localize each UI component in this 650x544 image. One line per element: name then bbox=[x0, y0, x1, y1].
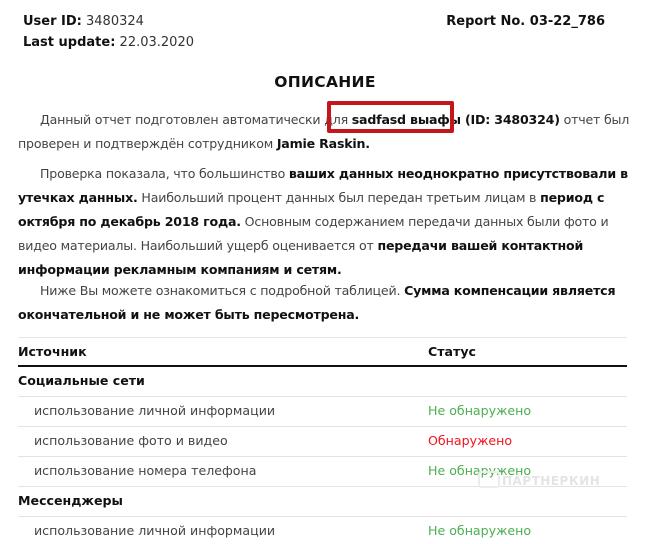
report-meta: User ID: 3480324 Last update: 22.03.2020 bbox=[23, 11, 194, 53]
source-cell: использование личной информации bbox=[34, 523, 275, 538]
intro-text: Данный отчет подготовлен автоматически д… bbox=[40, 112, 352, 127]
status-cell: Обнаружено bbox=[428, 433, 512, 448]
column-header-source: Источник bbox=[18, 344, 87, 359]
report-page: User ID: 3480324 Last update: 22.03.2020… bbox=[0, 0, 650, 544]
findings-text: Наибольший процент данных был передан тр… bbox=[138, 190, 540, 205]
last-update-line: Last update: 22.03.2020 bbox=[23, 32, 194, 53]
column-header-status: Статус bbox=[428, 344, 476, 359]
user-id-value: 3480324 bbox=[86, 14, 144, 29]
status-table: Источник Статус Социальные сетииспользов… bbox=[18, 337, 627, 544]
table-row: использование фото и видеоОбнаружено bbox=[18, 427, 627, 457]
status-cell: Не обнаружено bbox=[428, 523, 531, 538]
report-number: Report No. 03-22_786 bbox=[446, 11, 605, 32]
table-group-row: Мессенджеры bbox=[18, 487, 627, 517]
table-body: Социальные сетииспользование личной инфо… bbox=[18, 367, 627, 544]
group-label: Мессенджеры bbox=[18, 493, 123, 508]
user-id-line: User ID: 3480324 bbox=[23, 11, 194, 32]
source-cell: использование фото и видео bbox=[34, 433, 228, 448]
intro-paragraph: Данный отчет подготовлен автоматически д… bbox=[18, 108, 630, 156]
findings-paragraph: Проверка показала, что большинство ваших… bbox=[18, 162, 630, 282]
last-update-label: Last update: bbox=[23, 35, 115, 50]
compensation-paragraph: Ниже Вы можете ознакомиться с подробной … bbox=[18, 279, 630, 327]
compensation-text: Ниже Вы можете ознакомиться с подробной … bbox=[40, 283, 404, 298]
table-row: использование личной информацииНе обнару… bbox=[18, 397, 627, 427]
source-cell: использование личной информации bbox=[34, 403, 275, 418]
status-cell: Не обнаружено bbox=[428, 403, 531, 418]
user-id-label: User ID: bbox=[23, 14, 82, 29]
table-header: Источник Статус bbox=[18, 337, 627, 367]
last-update-value: 22.03.2020 bbox=[120, 35, 194, 50]
highlight-annotation-box bbox=[327, 101, 454, 133]
employee-name: Jamie Raskin. bbox=[277, 136, 370, 151]
section-title: ОПИСАНИЕ bbox=[0, 73, 650, 91]
source-cell: использование номера телефона bbox=[34, 463, 256, 478]
table-group-row: Социальные сети bbox=[18, 367, 627, 397]
group-label: Социальные сети bbox=[18, 373, 145, 388]
findings-text: Проверка показала, что большинство bbox=[40, 166, 289, 181]
watermark: ПАРТНЕРКИН bbox=[478, 474, 600, 488]
table-row: использование личной информацииНе обнару… bbox=[18, 517, 627, 544]
